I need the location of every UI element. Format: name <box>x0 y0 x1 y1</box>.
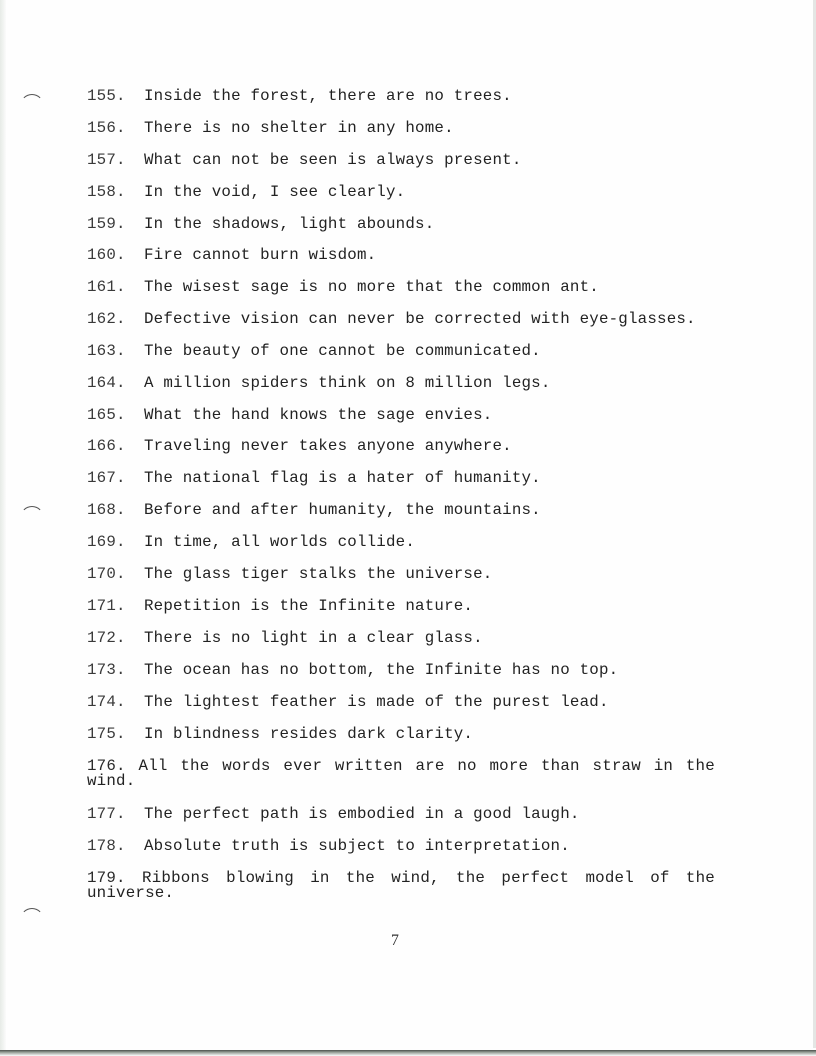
item-word: are <box>415 759 444 774</box>
item-number: 160. <box>87 248 144 263</box>
list-item: 160.Fire cannot burn wisdom. <box>87 248 376 263</box>
item-text: The beauty of one cannot be communicated… <box>144 342 541 360</box>
item-number: 171. <box>87 599 144 614</box>
item-number: 172. <box>87 631 144 646</box>
item-text: In blindness resides dark clarity. <box>144 725 473 743</box>
item-number: 167. <box>87 471 144 486</box>
list-item: 176.Allthewordseverwrittenarenomorethans… <box>87 759 715 789</box>
page-number: 7 <box>391 932 399 950</box>
list-item: 175.In blindness resides dark clarity. <box>87 727 473 742</box>
list-item: 178.Absolute truth is subject to interpr… <box>87 839 570 854</box>
item-text: Inside the forest, there are no trees. <box>144 87 512 105</box>
item-text: In the shadows, light abounds. <box>144 215 434 233</box>
item-number: 158. <box>87 185 144 200</box>
item-text: What the hand knows the sage envies. <box>144 406 492 424</box>
item-word: written <box>335 759 403 774</box>
item-text: In time, all worlds collide. <box>144 533 415 551</box>
item-text: The wisest sage is no more that the comm… <box>144 278 599 296</box>
list-item: 170.The glass tiger stalks the universe. <box>87 567 492 582</box>
list-item: 157.What can not be seen is always prese… <box>87 153 522 168</box>
item-text: Traveling never takes anyone anywhere. <box>144 437 512 455</box>
item-number: 174. <box>87 695 144 710</box>
item-number: 165. <box>87 408 144 423</box>
list-item: 158.In the void, I see clearly. <box>87 185 405 200</box>
list-item: 168.Before and after humanity, the mount… <box>87 503 541 518</box>
item-word: no <box>457 759 476 774</box>
item-number: 157. <box>87 153 144 168</box>
item-word: ever <box>283 759 322 774</box>
item-number: 155. <box>87 89 144 104</box>
hole-punch-mark-bottom <box>20 908 44 932</box>
item-text: Defective vision can never be corrected … <box>144 310 696 328</box>
item-number: 166. <box>87 439 144 454</box>
item-number: 168. <box>87 503 144 518</box>
list-item: 174.The lightest feather is made of the … <box>87 695 609 710</box>
item-number: 156. <box>87 121 144 136</box>
list-item: 164.A million spiders think on 8 million… <box>87 376 551 391</box>
list-item: 162.Defective vision can never be correc… <box>87 312 696 327</box>
item-number: 175. <box>87 727 144 742</box>
hole-punch-mark-middle <box>20 506 44 530</box>
item-word: straw <box>593 759 641 774</box>
item-word: more <box>489 759 528 774</box>
item-text-continuation: universe. <box>87 886 715 901</box>
item-text: A million spiders think on 8 million leg… <box>144 374 551 392</box>
list-item: 163.The beauty of one cannot be communic… <box>87 344 541 359</box>
item-word: of <box>650 871 669 886</box>
item-text: There is no shelter in any home. <box>144 119 454 137</box>
item-number: 170. <box>87 567 144 582</box>
item-word: All <box>139 759 168 774</box>
list-item: 172.There is no light in a clear glass. <box>87 631 483 646</box>
list-item: 155.Inside the forest, there are no tree… <box>87 89 512 104</box>
list-item: 179.Ribbonsblowinginthewind,theperfectmo… <box>87 871 715 901</box>
scan-left-edge <box>0 0 6 1056</box>
item-number: 161. <box>87 280 144 295</box>
item-word: words <box>222 759 270 774</box>
list-item: 165.What the hand knows the sage envies. <box>87 408 492 423</box>
item-text-continuation: wind. <box>87 774 715 789</box>
list-item: 177.The perfect path is embodied in a go… <box>87 807 580 822</box>
item-text: Before and after humanity, the mountains… <box>144 501 541 519</box>
list-item: 166.Traveling never takes anyone anywher… <box>87 439 512 454</box>
list-item: 159.In the shadows, light abounds. <box>87 217 434 232</box>
item-number: 173. <box>87 663 144 678</box>
item-word: than <box>541 759 580 774</box>
list-item: 156.There is no shelter in any home. <box>87 121 454 136</box>
item-number: 159. <box>87 217 144 232</box>
item-number: 169. <box>87 535 144 550</box>
item-word: the <box>686 871 715 886</box>
item-word: model <box>586 871 634 886</box>
item-word: the <box>346 871 375 886</box>
item-word: blowing <box>226 871 294 886</box>
item-text: The glass tiger stalks the universe. <box>144 565 492 583</box>
item-text: In the void, I see clearly. <box>144 183 405 201</box>
item-text: Fire cannot burn wisdom. <box>144 246 376 264</box>
item-number: 164. <box>87 376 144 391</box>
item-text: The lightest feather is made of the pure… <box>144 693 609 711</box>
item-text: The perfect path is embodied in a good l… <box>144 805 580 823</box>
scanned-page: 155.Inside the forest, there are no tree… <box>0 0 816 1056</box>
item-word: in <box>654 759 673 774</box>
item-text: What can not be seen is always present. <box>144 151 522 169</box>
item-text: Repetition is the Infinite nature. <box>144 597 473 615</box>
list-item: 173.The ocean has no bottom, the Infinit… <box>87 663 618 678</box>
item-word: the <box>686 759 715 774</box>
item-word: the <box>180 759 209 774</box>
hole-punch-mark-top <box>20 94 44 118</box>
list-item: 169.In time, all worlds collide. <box>87 535 415 550</box>
item-text: The national flag is a hater of humanity… <box>144 469 541 487</box>
item-number: 178. <box>87 839 144 854</box>
item-word: perfect <box>501 871 569 886</box>
item-number: 177. <box>87 807 144 822</box>
item-word: wind, <box>391 871 439 886</box>
item-word: in <box>310 871 329 886</box>
list-item: 161.The wisest sage is no more that the … <box>87 280 599 295</box>
scan-bottom-edge <box>0 1050 816 1056</box>
item-number: 162. <box>87 312 144 327</box>
item-text: There is no light in a clear glass. <box>144 629 483 647</box>
item-text: The ocean has no bottom, the Infinite ha… <box>144 661 618 679</box>
item-text: Absolute truth is subject to interpretat… <box>144 837 570 855</box>
item-word: the <box>456 871 485 886</box>
list-item: 167.The national flag is a hater of huma… <box>87 471 541 486</box>
list-item: 171.Repetition is the Infinite nature. <box>87 599 473 614</box>
item-number: 163. <box>87 344 144 359</box>
